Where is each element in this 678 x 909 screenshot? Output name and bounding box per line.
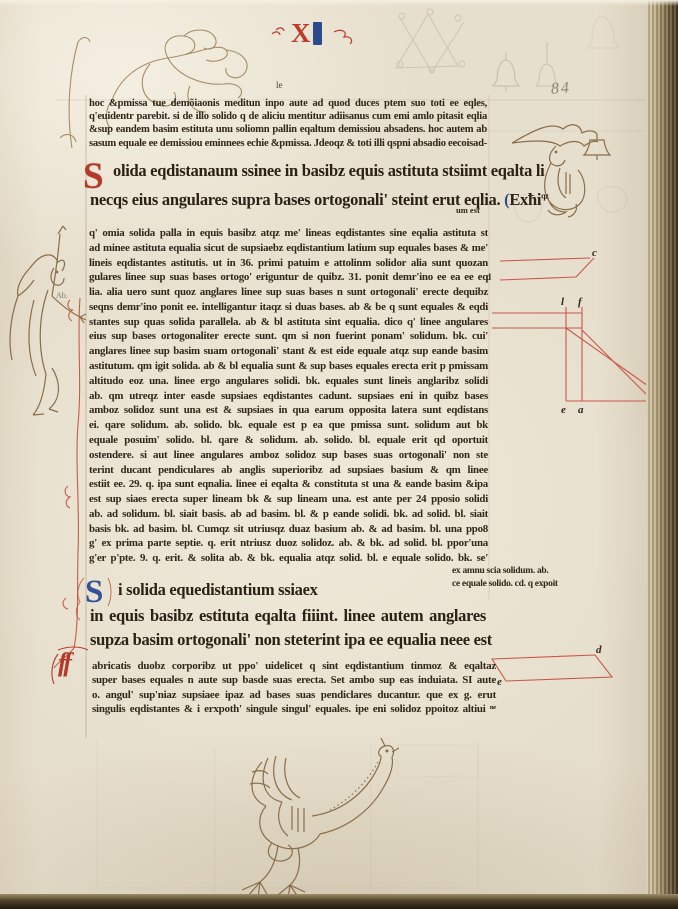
text-line: equale posuim' solido. bl. qare & solidu… — [89, 433, 488, 448]
text-line: abricatis duobz corporibz ut ppo' uideli… — [92, 659, 496, 673]
catchword: le — [276, 80, 283, 90]
book-fore-edge — [646, 0, 678, 909]
margin-letter-d: d — [486, 272, 491, 282]
pointing-figure — [10, 226, 86, 415]
text-line: amboz solidoz sunt una est & supsiaes in… — [89, 403, 488, 418]
diagram-parallelogram-de — [492, 655, 612, 681]
text-line: eius sup bases ortogonaliter erecte sunt… — [89, 329, 488, 344]
diagram-solid-lfeagb — [492, 307, 668, 401]
proposition-heading-2-line2: in equis basibz estituta eqalta fiiint. … — [90, 606, 486, 626]
text-line: terint ducant pendiculares ab anglis sup… — [89, 463, 488, 478]
opening-paragraph: hoc &pmissa tue demõiaonis meditun inpo … — [89, 97, 487, 150]
text-line: ab. ad solidum. bl. siait basis. ab ad b… — [89, 507, 488, 522]
text-line: lineis eqdistantes astitutis. ut in 36. … — [89, 256, 488, 271]
text-line: astitutum. qm igit solida. ab & bl equal… — [89, 359, 488, 374]
chapter-numeral: X — [291, 18, 322, 48]
numeral-x: X — [291, 20, 311, 47]
text-line: gulares linee sup suas bases ortogo' eri… — [89, 270, 488, 285]
text-line: basis bk. ad basim. bl. Cumqz sit utrius… — [89, 522, 488, 537]
diagram-parallelogram-c — [500, 258, 594, 280]
book-bottom-edge — [0, 894, 678, 909]
text-line: ab. qm utreqz inter easde supsiaes eqdis… — [89, 389, 488, 404]
proposition-heading-2-line1: i solida equedistantium ssiaex — [118, 580, 318, 600]
text-line: g' ex prima parte septie. q. erit ntrius… — [89, 536, 488, 551]
text-line: sasum equale ee demissiou eminnees echie… — [89, 137, 487, 150]
proposition-heading-2-line3: supza basim ortogonali' non steterint ip… — [90, 630, 486, 650]
diagram2-label-e: e — [561, 404, 566, 416]
text-line: ei. qare solidum. ab. solido. bk. equale… — [89, 418, 488, 433]
dragon-drawing — [242, 738, 399, 899]
manuscript-page: c l f e a g b d e — [0, 0, 678, 909]
heading1-exhi: Exħi — [509, 190, 541, 209]
margin-note-ab: Ab. — [56, 291, 68, 300]
text-line: singulis eqdistantes & i erxpoth' singul… — [92, 702, 496, 716]
text-line: stantes sup quas solida parallela. ab & … — [89, 315, 488, 330]
bell-sketch-left — [493, 52, 519, 92]
text-line: est sup siaes erecta super lineam bk & s… — [89, 492, 488, 507]
diagram1-label-c: c — [592, 247, 597, 259]
heading1-sidenote: um est — [456, 205, 480, 215]
text-line: lia. alia uero sunt quoz anglares linee … — [89, 285, 488, 300]
text-line: q' omia solida palla in equis basibz atq… — [89, 226, 488, 241]
right-column-note: ex amnu scia solidum. ab.ce equale solid… — [452, 565, 548, 591]
text-line: &sup eandem basim estituta unu soliomn p… — [89, 123, 487, 136]
diagram2-label-l: l — [561, 296, 565, 308]
diagram3-label-e: e — [497, 676, 502, 688]
numeral-i-bar — [313, 22, 322, 45]
page-number: 84 — [550, 79, 571, 98]
text-line: seqns demr'ino ponit ee. intelligantur i… — [89, 300, 488, 315]
text-line: estiit ee. 29. q. ipa sunt eqnalia. line… — [89, 477, 488, 492]
heading1-sup: qz — [541, 192, 548, 201]
main-text-block: q' omia solida palla in equis basibz atq… — [89, 226, 488, 566]
closing-paragraph: abricatis duobz corporibz ut ppo' uideli… — [92, 659, 496, 717]
text-line: ce equale solido. cd. q expoit — [452, 578, 548, 591]
proposition-heading-1-line1: olida eqdistanaum ssinee in basibz equis… — [113, 161, 487, 181]
text-line: ostendere. si aut linee angulares amboz … — [89, 448, 488, 463]
diagram2-label-a: a — [578, 404, 584, 416]
diagram3-label-d: d — [596, 644, 602, 656]
pencil-star-doodle — [396, 9, 465, 73]
text-line: super bases equales n aute sup basde sua… — [92, 673, 496, 687]
red-ff-initial: ff — [58, 650, 69, 676]
text-line: g'er p'pte. 9. q. erit. & solita ab. & b… — [89, 551, 488, 566]
blue-initial-s: S — [85, 576, 103, 609]
diagram2-label-f: f — [578, 296, 583, 308]
text-line: ad minee astituta equalia sicut de supsi… — [89, 241, 488, 256]
text-line: q'euidentr parebit. si de illo solido q … — [89, 110, 487, 123]
page-top-edge — [0, 0, 678, 6]
text-line: ex amnu scia solidum. ab. — [452, 565, 548, 578]
text-line: hoc &pmissa tue demõiaonis meditun inpo … — [89, 97, 487, 110]
text-line: o. angul' sup'niaz supsiaee ipaz ad base… — [92, 688, 496, 702]
text-line: anglares linee sup basim suam ortogonali… — [89, 344, 488, 359]
text-line: altitudo eoz una. linee ergo angulares s… — [89, 374, 488, 389]
